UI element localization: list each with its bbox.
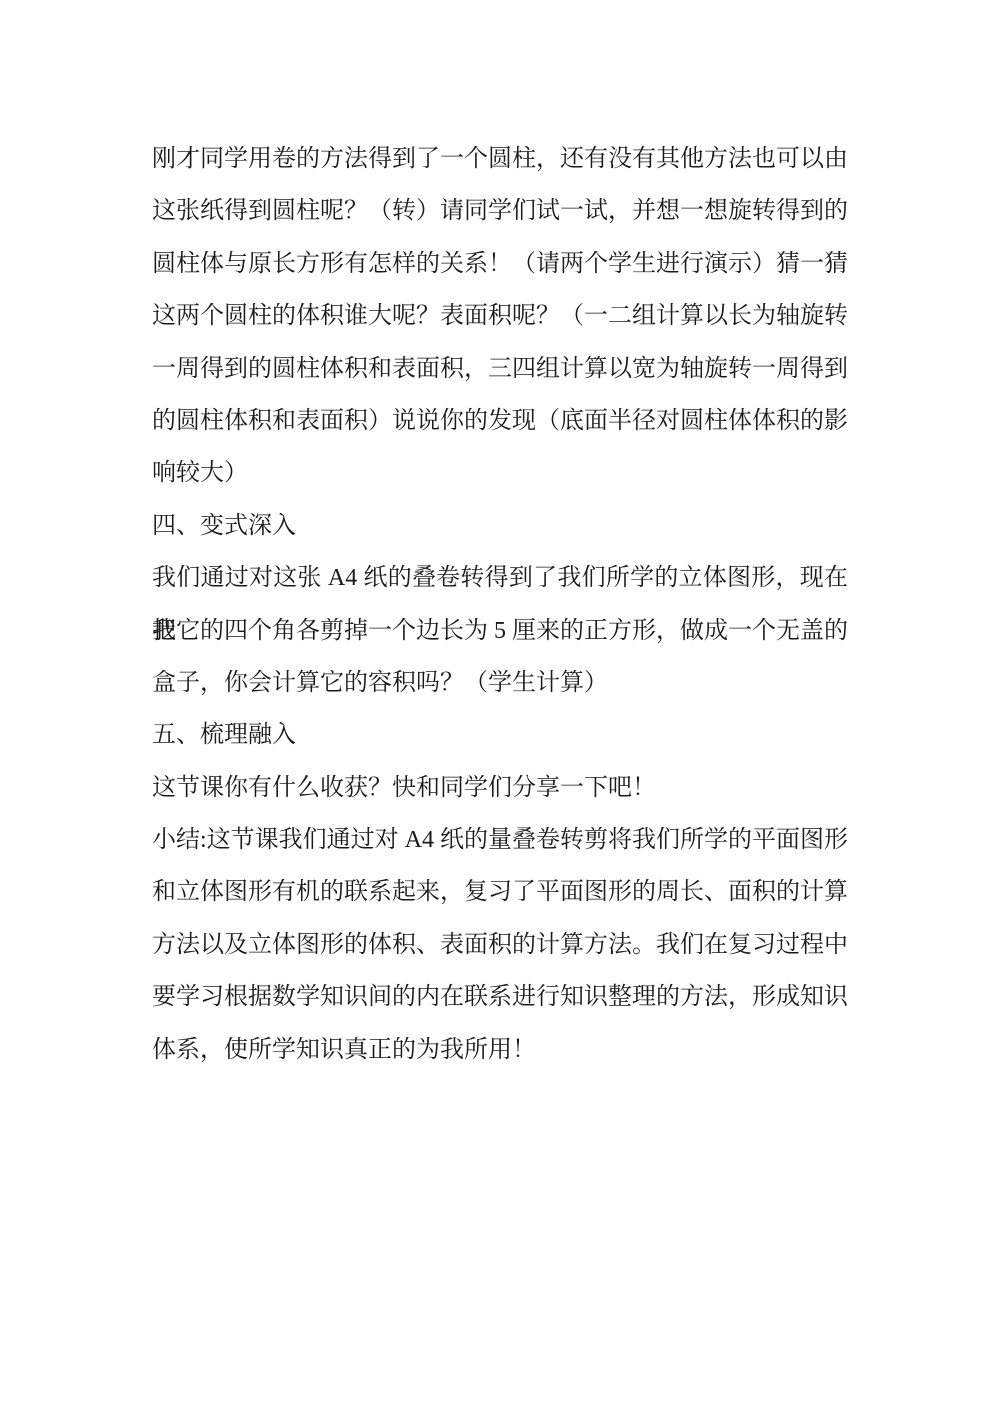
section-heading: 四、变式深入: [152, 500, 848, 552]
paragraph-line: 响较大）: [152, 447, 848, 499]
paragraph-line: 一周得到的圆柱体积和表面积，三四组计算以宽为轴旋转一周得到: [152, 343, 848, 395]
paragraph-line: 这张纸得到圆柱呢？（转）请同学们试一试，并想一想旋转得到的: [152, 185, 848, 237]
paragraph-line: 这节课你有什么收获？快和同学们分享一下吧！: [152, 762, 848, 814]
paragraph-line: 方法以及立体图形的体积、表面积的计算方法。我们在复习过程中: [152, 919, 848, 971]
paragraph-line: 体系，使所学知识真正的为我所用！: [152, 1024, 848, 1076]
paragraph-line: 的圆柱体积和表面积）说说你的发现（底面半径对圆柱体体积的影: [152, 395, 848, 447]
paragraph-line: 盒子，你会计算它的容积吗？（学生计算）: [152, 657, 848, 709]
document-text-block: 刚才同学用卷的方法得到了一个圆柱，还有没有其他方法也可以由 这张纸得到圆柱呢？（…: [152, 133, 848, 1076]
paragraph-line: 这两个圆柱的体积谁大呢？表面积呢？（一二组计算以长为轴旋转: [152, 290, 848, 342]
document-page: 刚才同学用卷的方法得到了一个圆柱，还有没有其他方法也可以由 这张纸得到圆柱呢？（…: [0, 0, 1000, 1415]
section-heading: 五、梳理融入: [152, 709, 848, 761]
paragraph-line: 和立体图形有机的联系起来，复习了平面图形的周长、面积的计算: [152, 866, 848, 918]
paragraph-line: 要学习根据数学知识间的内在联系进行知识整理的方法，形成知识: [152, 971, 848, 1023]
paragraph-line: 把它的四个角各剪掉一个边长为 5 厘来的正方形，做成一个无盖的: [152, 605, 848, 657]
paragraph-line: 我们通过对这张 A4 纸的叠卷转得到了我们所学的立体图形，现在我: [152, 552, 848, 604]
paragraph-line: 圆柱体与原长方形有怎样的关系！（请两个学生进行演示）猜一猜: [152, 238, 848, 290]
paragraph-line: 小结:这节课我们通过对 A4 纸的量叠卷转剪将我们所学的平面图形: [152, 814, 848, 866]
paragraph-line: 刚才同学用卷的方法得到了一个圆柱，还有没有其他方法也可以由: [152, 133, 848, 185]
